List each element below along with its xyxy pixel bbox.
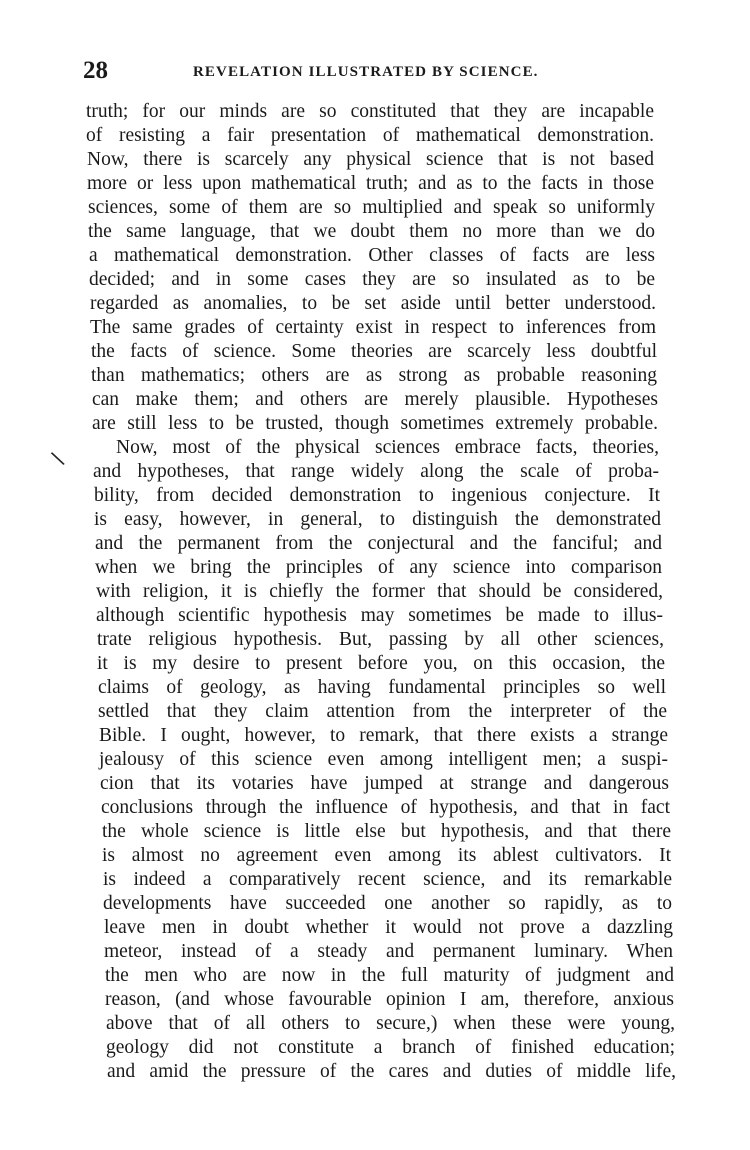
text-line: is indeed a comparatively recent science… [103,868,672,892]
text-line: with religion, it is chiefly the former … [96,580,663,604]
text-line: claims of geology, as having fundamental… [98,676,666,700]
text-line: and the permanent from the conjectural a… [95,532,662,556]
text-line: are still less to be trusted, though som… [92,412,658,436]
text-line: is almost no agreement even among its ab… [102,844,671,868]
text-line: jealousy of this science even among inte… [99,748,668,772]
text-line: although scientific hypothesis may somet… [96,604,663,628]
text-line: when we bring the principles of any scie… [95,556,662,580]
text-line: meteor, instead of a steady and permanen… [104,940,673,964]
text-line: it is my desire to present before you, o… [97,652,665,676]
book-page: 28 REVELATION ILLUSTRATED BY SCIENCE. \ … [0,0,750,1150]
text-line: the same language, that we doubt them no… [88,220,655,244]
running-title: REVELATION ILLUSTRATED BY SCIENCE. [193,61,539,83]
text-line: a mathematical demonstration. Other clas… [89,244,655,268]
text-line: developments have succeeded one another … [103,892,672,916]
text-line: and amid the pressure of the cares and d… [107,1060,676,1084]
page-number: 28 [83,56,108,86]
text-line: Bible. I ought, however, to remark, that… [99,724,668,748]
text-line: reason, (and whose favourable opinion I … [105,988,674,1012]
text-line: of resisting a fair presentation of math… [86,124,654,148]
text-line: the facts of science. Some theories are … [91,340,657,364]
text-line: truth; for our minds are so constituted … [86,100,654,124]
text-line: the men who are now in the full maturity… [105,964,674,988]
running-header: 28 REVELATION ILLUSTRATED BY SCIENCE. [83,56,643,86]
text-line: above that of all others to secure,) whe… [106,1012,675,1036]
text-line: regarded as anomalies, to be set aside u… [90,292,656,316]
text-line: Now, most of the physical sciences embra… [116,436,659,460]
text-line: decided; and in some cases they are so i… [89,268,655,292]
text-line: than mathematics; others are as strong a… [91,364,657,388]
text-line: more or less upon mathematical truth; an… [87,172,654,196]
text-line: cion that its votaries have jumped at st… [100,772,669,796]
text-line: and hypotheses, that range widely along … [93,460,659,484]
text-line: sciences, some of them are so multiplied… [88,196,655,220]
margin-mark: \ [49,448,65,469]
text-line: bility, from decided demonstration to in… [94,484,660,508]
text-line: The same grades of certainty exist in re… [90,316,656,340]
text-line: is easy, however, in general, to disting… [94,508,661,532]
text-line: geology did not constitute a branch of f… [106,1036,675,1060]
text-line: the whole science is little else but hyp… [102,820,671,844]
text-line: Now, there is scarcely any physical scie… [87,148,654,172]
text-line: conclusions through the influence of hyp… [101,796,670,820]
text-line: leave men in doubt whether it would not … [104,916,673,940]
text-line: trate religious hypothesis. But, passing… [97,628,664,652]
text-line: can make them; and others are merely pla… [92,388,658,412]
text-line: settled that they claim attention from t… [98,700,667,724]
